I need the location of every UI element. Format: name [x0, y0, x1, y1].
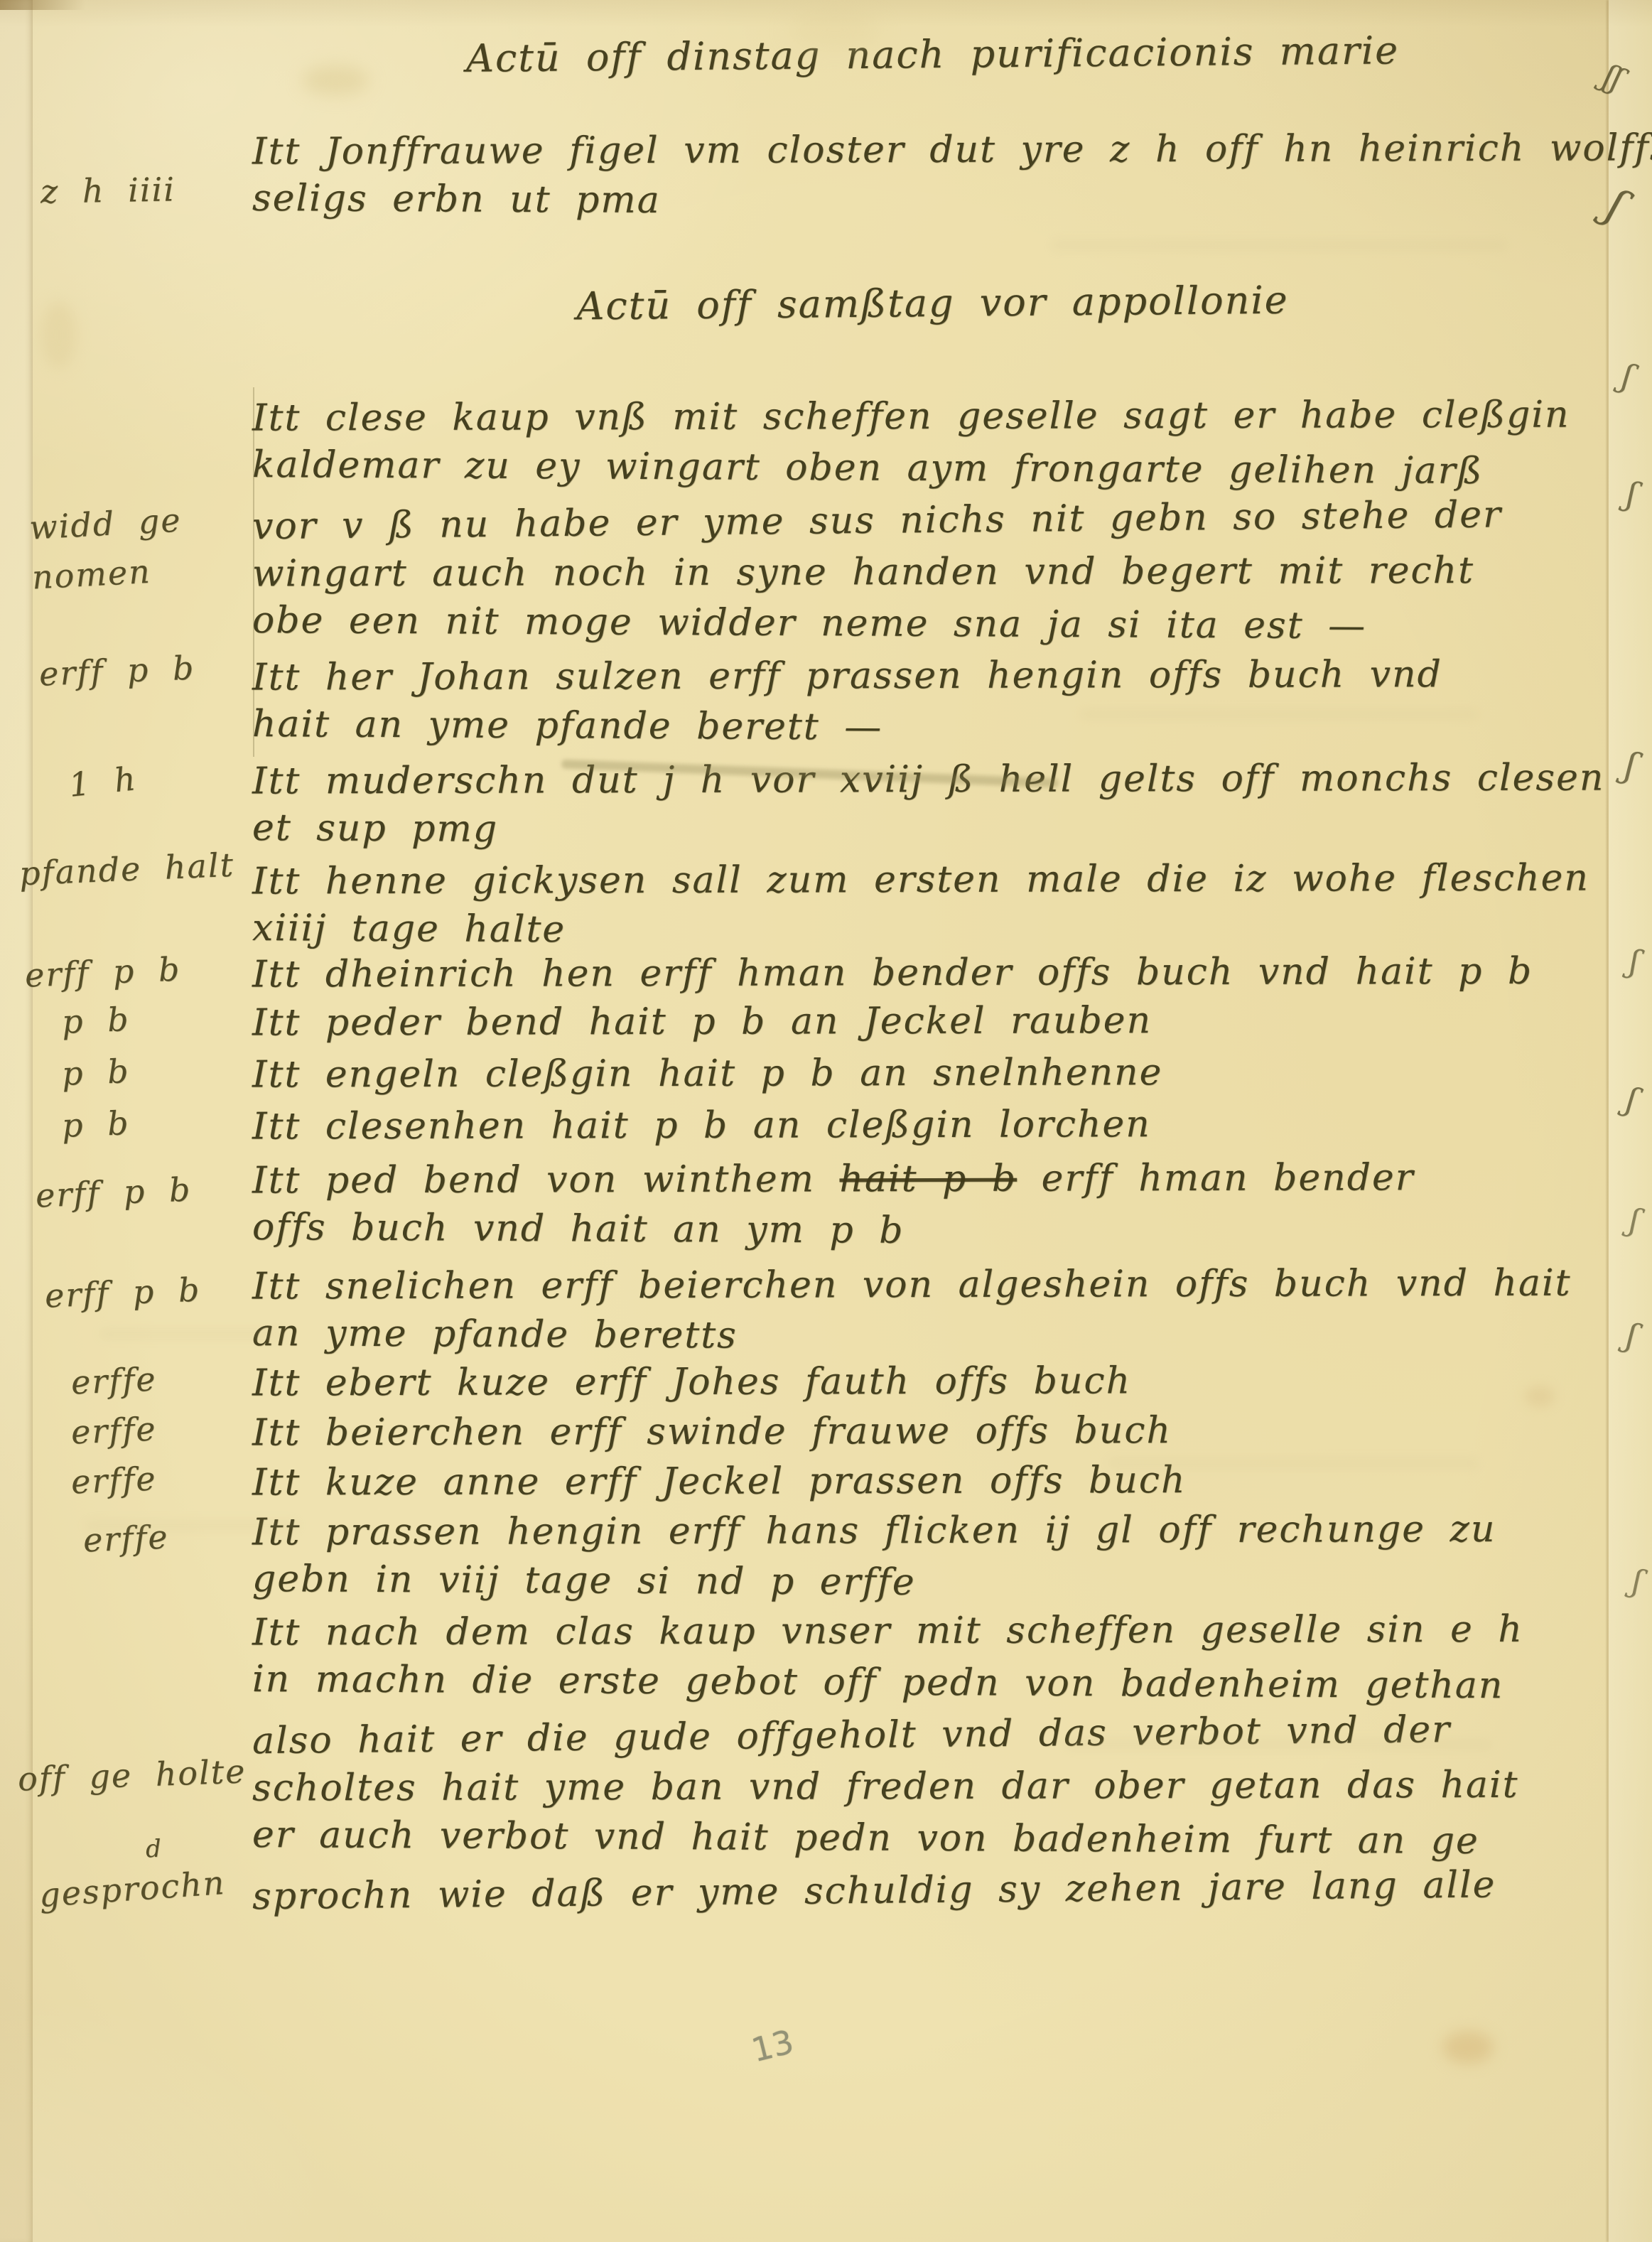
margin-note: erffe	[70, 1454, 158, 1507]
text-line: also hait er die gude offgeholt vnd das …	[252, 1703, 1614, 1767]
age-spot	[1442, 2031, 1494, 2064]
age-spot	[1525, 1386, 1555, 1407]
margin-note: widd genomen	[28, 495, 185, 602]
text-line: Itt nach dem clas kaup vnser mit scheffe…	[252, 1603, 1613, 1659]
text-line: sprochn wie daß er yme schuldig sy zehen…	[252, 1858, 1614, 1923]
text-line: Itt dheinrich hen erff hman bender offs …	[252, 945, 1613, 1001]
margin-note-line: p b	[61, 994, 131, 1047]
struck-text: hait p b	[839, 1158, 1017, 1201]
bleed-through	[1052, 240, 1506, 250]
text-segment: Itt ped bend von winthem	[252, 1158, 840, 1202]
margin-note-line: p b	[61, 1046, 131, 1099]
bleed-through	[1108, 1458, 1478, 1468]
register-entry: Itt prassen hengin erff hans flicken ij …	[252, 1505, 1613, 1609]
register-entry: Itt henne gickysen sall zum ersten male …	[252, 854, 1613, 958]
age-spot	[302, 65, 369, 95]
text-line: Itt prassen hengin erff hans flicken ij …	[252, 1503, 1613, 1558]
text-line: Itt beierchen erff swinde frauwe offs bu…	[252, 1403, 1613, 1459]
margin-note: erffe	[70, 1354, 158, 1408]
text-segment: erff hman bender	[1017, 1156, 1415, 1200]
margin-note: 1 h	[67, 753, 139, 810]
manuscript-text-column: Actū off dinstag nach purificacionis mar…	[252, 28, 1613, 1917]
bleed-through	[85, 1521, 298, 1531]
margin-note: erffe	[82, 1512, 170, 1565]
age-spot	[789, 11, 881, 48]
margin-note: p b	[61, 1046, 131, 1099]
text-line: Itt Jonffrauwe figel vm closter dut yre …	[252, 122, 1613, 178]
text-line: Itt henne gickysen sall zum ersten male …	[252, 852, 1613, 907]
margin-note: off ge holte	[17, 1746, 247, 1804]
age-spot	[41, 301, 77, 369]
margin-note-line: widd ge	[28, 495, 183, 552]
margin-note-line: pfande halt	[18, 840, 236, 899]
register-entry: Itt engeln cleßgin hait p b an snelnhenn…	[252, 1047, 1613, 1099]
margin-note-line: nomen	[31, 544, 185, 602]
text-line: in machn die erste gebot off pedn von ba…	[252, 1654, 1613, 1713]
bleed-through	[1066, 1740, 1492, 1750]
text-line: kaldemar zu ey wingart oben aym frongart…	[252, 439, 1613, 498]
text-line: seligs erbn ut pma	[252, 173, 1613, 232]
register-entry: Itt peder bend hait p b an Jeckel rauben…	[252, 996, 1613, 1047]
margin-note-line: d	[145, 1836, 163, 1863]
margin-note: p b	[61, 1098, 131, 1150]
register-entry: Itt her Johan sulzen erff prassen hengin…	[252, 650, 1613, 754]
register-entry: Itt beierchen erff swinde frauwe offs bu…	[252, 1406, 1613, 1457]
margin-note-line: erffe	[70, 1354, 158, 1408]
page-right-margin-strip	[1609, 0, 1652, 2242]
margin-note: pfande halt	[18, 840, 236, 899]
page-number-pencil: 13	[747, 2022, 797, 2070]
text-line: Itt snelichen erff beierchen von algeshe…	[252, 1257, 1613, 1313]
text-line: Itt ped bend von winthem hait p b erff h…	[252, 1151, 1613, 1207]
text-line: scholtes hait yme ban vnd freden dar obe…	[252, 1759, 1613, 1814]
page-left-edge	[0, 0, 33, 2242]
text-line: Itt peder bend hait p b an Jeckel rauben	[252, 993, 1613, 1049]
register-entry: Itt clesenhen hait p b an cleßgin lorche…	[252, 1099, 1613, 1151]
bleed-through	[1080, 709, 1478, 719]
margin-note: erff p b	[35, 1164, 193, 1220]
margin-note-line: z h iiii	[40, 164, 176, 216]
text-line: vor v ß nu habe er yme sus nichs nit geb…	[252, 488, 1614, 553]
text-line: wingart auch noch in syne handen vnd beg…	[252, 544, 1613, 600]
margin-note-line: p b	[61, 1098, 131, 1150]
margin-note-line: erff p b	[38, 642, 196, 699]
text-line: Itt clesenhen hait p b an cleßgin lorche…	[252, 1097, 1613, 1153]
margin-note-line: gesprochn	[38, 1858, 227, 1920]
register-entry: Itt clese kaup vnß mit scheffen geselle …	[252, 391, 1613, 650]
margin-note: gesprochn	[38, 1858, 227, 1920]
text-line: Itt engeln cleßgin hait p b an snelnhenn…	[252, 1045, 1613, 1101]
margin-note-line: erff p b	[44, 1264, 202, 1320]
text-line: Itt her Johan sulzen erff prassen hengin…	[252, 648, 1613, 704]
text-line: obe een nit moge widder neme sna ja si i…	[252, 595, 1613, 654]
top-left-corner-shadow	[0, 0, 85, 10]
margin-note-line: off ge holte	[17, 1746, 247, 1804]
manuscript-page: Actū off dinstag nach purificacionis mar…	[0, 0, 1652, 2242]
register-entry: Itt Jonffrauwe figel vm closter dut yre …	[252, 124, 1613, 228]
margin-note-line: 1 h	[67, 753, 139, 810]
register-entry: Itt muderschn dut j h vor xviij ß hell g…	[252, 754, 1613, 858]
margin-note-line: erff p b	[35, 1164, 193, 1220]
text-line: Itt clese kaup vnß mit scheffen geselle …	[252, 389, 1613, 444]
margin-note: erff p b	[38, 642, 196, 699]
register-entry: Itt dheinrich hen erff hman bender offs …	[252, 947, 1613, 999]
margin-note: erff p b	[24, 944, 182, 1000]
section-heading: Actū off dinstag nach purificacionis mar…	[252, 23, 1614, 87]
bleed-through	[99, 1329, 284, 1339]
text-line: hait an yme pfande berett —	[252, 699, 1613, 758]
text-line: offs buch vnd hait an ym p b	[252, 1202, 1613, 1261]
margin-note: p b	[61, 994, 131, 1047]
section-heading: Actū off samßtag vor appollonie	[252, 271, 1614, 335]
register-entry: Itt ped bend von winthem hait p b erff h…	[252, 1153, 1613, 1257]
margin-note: erff p b	[44, 1264, 202, 1320]
text-line: er auch verbot vnd hait pedn von badenhe…	[252, 1809, 1613, 1868]
margin-note-line: erffe	[82, 1512, 170, 1565]
margin-note: erffe	[70, 1404, 158, 1457]
register-entry: Itt snelichen erff beierchen von algeshe…	[252, 1259, 1613, 1363]
register-entry: Itt nach dem clas kaup vnser mit scheffe…	[252, 1605, 1613, 1917]
margin-note-line: erffe	[70, 1404, 158, 1457]
margin-note: z h iiii	[40, 164, 176, 216]
text-line: Itt ebert kuze erff Johes fauth offs buc…	[252, 1354, 1613, 1409]
margin-note-line: erff p b	[24, 944, 182, 1000]
margin-note: d	[145, 1836, 163, 1863]
margin-note-line: erffe	[70, 1454, 158, 1507]
register-entry: Itt ebert kuze erff Johes fauth offs buc…	[252, 1356, 1613, 1408]
